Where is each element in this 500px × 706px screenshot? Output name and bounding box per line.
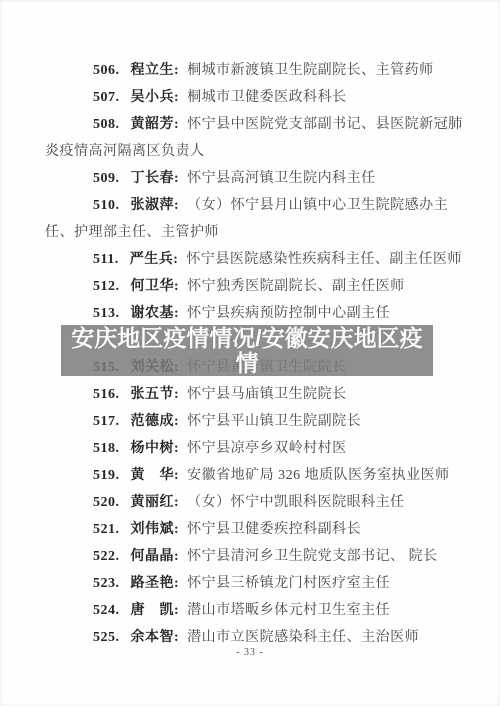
person-title: 怀宁县卫健委疾控科副科长 [187,522,361,537]
person-name: 谢农基: [131,306,180,321]
person-name: 黄 华: [131,468,180,483]
person-name: 程立生: [131,63,180,78]
person-title: 怀宁独秀医院副院长、副主任医师 [187,279,405,294]
person-title: 怀宁县马庙镇卫生院院长 [187,387,347,402]
person-title: 桐城市新渡镇卫生院副院长、主管药师 [187,63,434,78]
item-number: 517. [93,414,120,429]
item-number: 518. [93,441,120,456]
item-number: 524. [93,603,120,618]
person-name: 何晶晶: [131,549,180,564]
person-name: 黄丽红: [131,495,180,510]
person-title: 桐城市卫健委医政科科长 [187,90,347,105]
item-number: 510. [93,198,120,213]
person-title: 怀宁县三桥镇龙门村医疗室主任 [187,576,390,591]
person-title: 怀宁县凉亭乡双岭村村医 [187,441,347,456]
person-name: 杨中树: [131,441,180,456]
list-item: 506.程立生:桐城市新渡镇卫生院副院长、主管药师 [45,57,465,84]
person-title: 潜山市立医院感染科主任、主治医师 [187,630,419,645]
person-name: 刘伟斌: [131,522,180,537]
item-number: 523. [93,576,120,591]
list-item: 520.黄丽红:（女）怀宁中凯眼科医院眼科主任 [45,489,465,516]
person-title: 怀宁县清河乡卫生院党支部书记、 院长 [187,549,438,564]
item-number: 525. [93,630,120,645]
item-number: 520. [93,495,120,510]
list-item: 516.张五节:怀宁县马庙镇卫生院院长 [45,381,465,408]
item-number: 508. [93,117,120,132]
item-number: 522. [93,549,120,564]
list-item: 517.范德成:怀宁县平山镇卫生院副院长 [45,408,465,435]
list-item: 518.杨中树:怀宁县凉亭乡双岭村村医 [45,435,465,462]
person-title: 安徽省地矿局 326 地质队医务室执业医师 [187,468,450,483]
list-item: 512.何卫华:怀宁独秀医院副院长、副主任医师 [45,273,465,300]
person-name: 严生兵: [130,252,179,267]
item-number: 509. [93,171,120,186]
item-number: 506. [93,63,120,78]
person-title: （女）怀宁中凯眼科医院眼科主任 [187,495,405,510]
person-title: 怀宁县医院感染性疾病科主任、副主任医师 [186,252,462,267]
list-item: 508.黄韶芳:怀宁县中医院党支部副书记、县医院新冠肺炎疫情高河隔离区负责人 [45,111,465,165]
list-item: 511.严生兵:怀宁县医院感染性疾病科主任、副主任医师 [45,246,465,273]
person-name: 何卫华: [131,279,180,294]
item-number: 519. [93,468,120,483]
list-item: 507.吴小兵:桐城市卫健委医政科科长 [45,84,465,111]
item-number: 521. [93,522,120,537]
list-item: 522.何晶晶:怀宁县清河乡卫生院党支部书记、 院长 [45,543,465,570]
item-number: 513. [93,306,120,321]
person-name: 唐 凯: [131,603,180,618]
person-name: 张淑萍: [131,198,180,213]
list-item: 524.唐 凯:潜山市塔畈乡体元村卫生室主任 [45,597,465,624]
person-name: 丁长春: [131,171,180,186]
person-name: 余本智: [131,630,180,645]
person-title: 潜山市塔畈乡体元村卫生室主任 [187,603,390,618]
list-item: 513.谢农基:怀宁县疾病预防控制中心副主任 [45,300,465,327]
item-number: 516. [93,387,120,402]
list-item: 521.刘伟斌:怀宁县卫健委疾控科副科长 [45,516,465,543]
person-name: 张五节: [131,387,180,402]
list-item: 519.黄 华:安徽省地矿局 326 地质队医务室执业医师 [45,462,465,489]
item-number: 511. [93,252,119,267]
watermark-overlay: 安庆地区疫情情况/安徽安庆地区疫情 [61,325,433,376]
watermark-title: 安庆地区疫情情况/安徽安庆地区疫情 [61,325,433,376]
item-number: 512. [93,279,120,294]
person-name: 黄韶芳: [131,117,180,132]
list-item: 523.路圣艳:怀宁县三桥镇龙门村医疗室主任 [45,570,465,597]
person-title: 怀宁县平山镇卫生院副院长 [187,414,361,429]
person-name: 路圣艳: [131,576,180,591]
item-number: 507. [93,90,120,105]
person-title: 怀宁县疾病预防控制中心副主任 [187,306,390,321]
person-name: 吴小兵: [131,90,180,105]
list-item: 509.丁长春:怀宁县高河镇卫生院内科主任 [45,165,465,192]
document-page: 506.程立生:桐城市新渡镇卫生院副院长、主管药师507.吴小兵:桐城市卫健委医… [0,0,500,706]
list-item: 510.张淑萍:（女）怀宁县月山镇中心卫生院院感办主任、护理部主任、主管护师 [45,192,465,246]
page-number: - 33 - [0,648,500,658]
person-title: 怀宁县高河镇卫生院内科主任 [187,171,376,186]
person-name: 范德成: [131,414,180,429]
